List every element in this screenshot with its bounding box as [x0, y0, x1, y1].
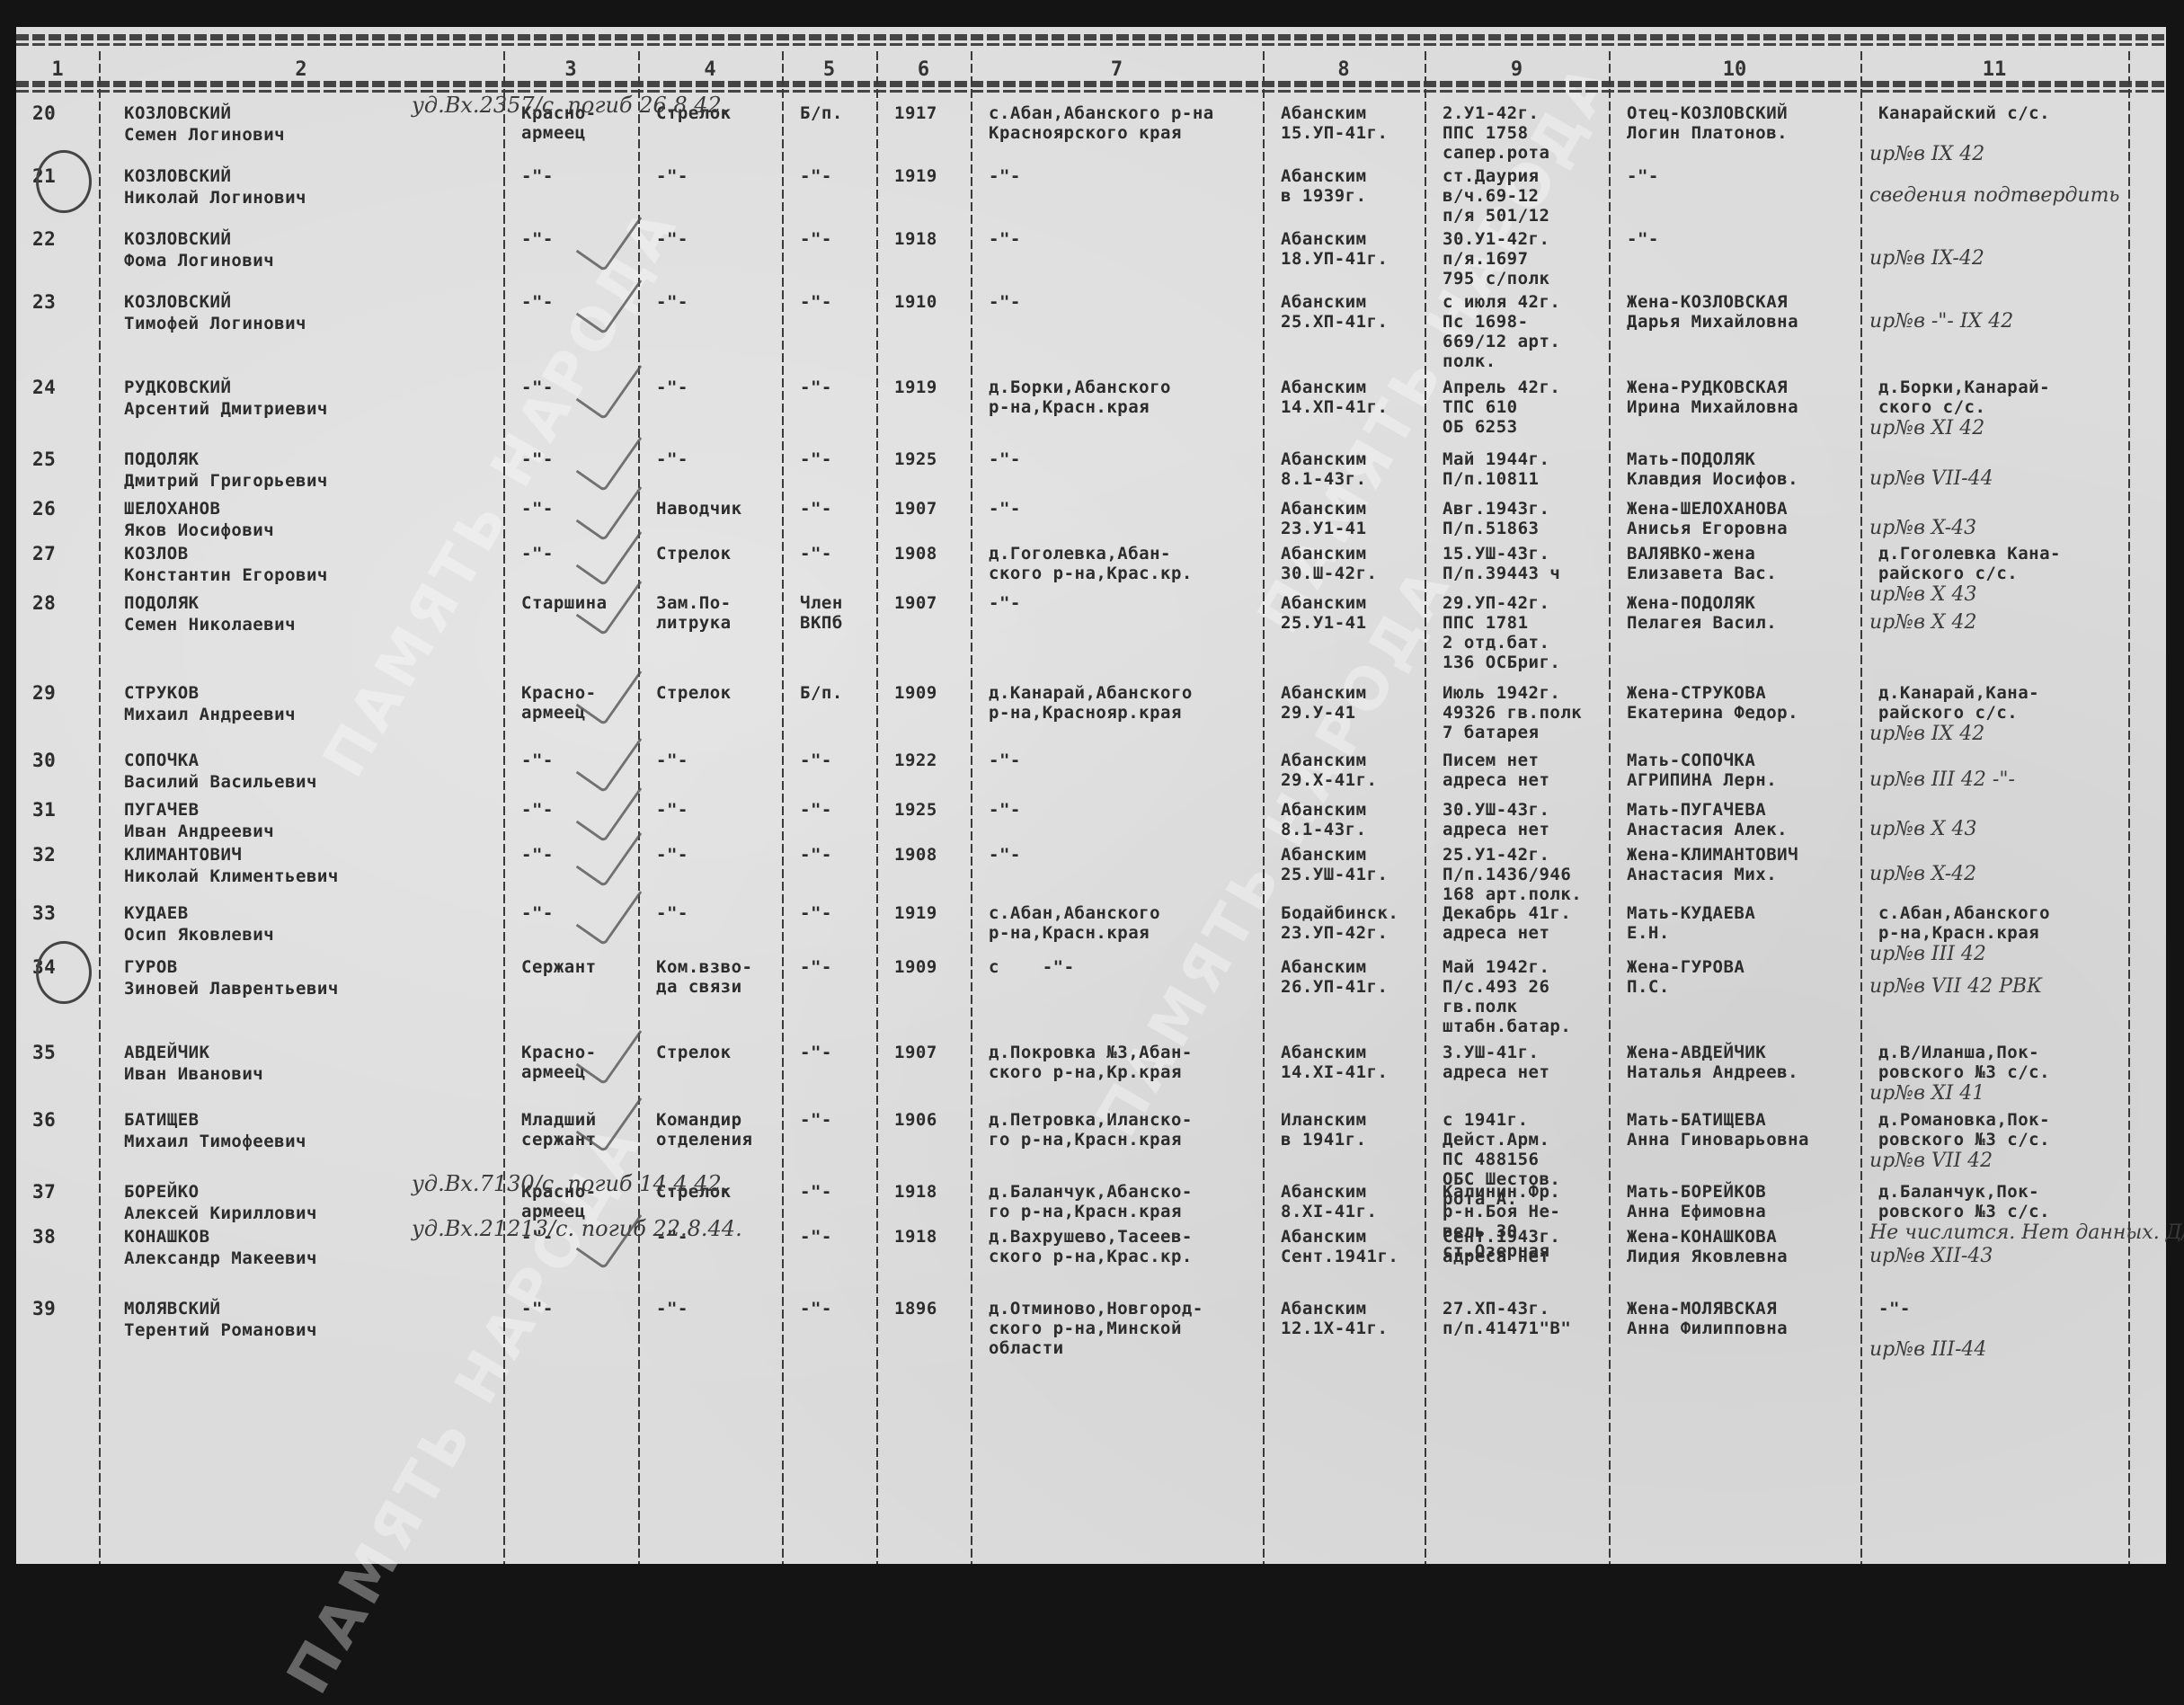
- given-name: Михаил Андреевич: [124, 705, 296, 724]
- last-letter: Писем нет адреса нет: [1443, 750, 1549, 790]
- check-mark-icon: [576, 198, 643, 271]
- position: -"-: [656, 750, 688, 770]
- party-status: -"-: [800, 845, 832, 865]
- birthplace: -"-: [989, 800, 1021, 820]
- last-letter: Май 1942г. П/с.493 26 гв.полк штабн.бата…: [1443, 957, 1571, 1036]
- given-name: Алексей Кириллович: [124, 1203, 317, 1223]
- given-name: Михаил Тимофеевич: [124, 1132, 306, 1151]
- kin-address: Канарайский с/с.: [1878, 103, 2050, 123]
- next-of-kin: Мать-СОПОЧКА АГРИПИНА Лерн.: [1627, 750, 1777, 790]
- birth-year: 1910: [894, 292, 937, 312]
- column-divider: [1860, 51, 1862, 1564]
- column-divider: [2128, 51, 2130, 1564]
- check-mark-icon: [576, 346, 643, 420]
- column-divider: [782, 51, 784, 1564]
- next-of-kin: Жена-СТРУКОВА Екатерина Федор.: [1627, 683, 1798, 723]
- rank: -"-: [521, 229, 554, 249]
- birth-year: 1909: [894, 683, 937, 703]
- next-of-kin: Мать-КУДАЕВА Е.Н.: [1627, 903, 1755, 943]
- handwritten-status-note: ир№в X 43: [1869, 583, 1977, 606]
- row-number: 23: [32, 292, 56, 312]
- row-number: 33: [32, 903, 56, 923]
- birthplace: -"-: [989, 593, 1021, 613]
- rank: -"-: [521, 800, 554, 820]
- birth-year: 1918: [894, 229, 937, 249]
- surname: АВДЕЙЧИК: [124, 1043, 210, 1062]
- party-status: Член ВКПб: [800, 593, 843, 633]
- surname: ШЕЛОХАНОВ: [124, 499, 220, 519]
- draft-office: Абанским в 1939г.: [1281, 166, 1367, 206]
- draft-office: Абанским 18.УП-41г.: [1281, 229, 1388, 269]
- row-number: 30: [32, 750, 56, 770]
- last-letter: Июль 1942г. 49326 гв.полк 7 батарея: [1443, 683, 1582, 742]
- party-status: -"-: [800, 166, 832, 186]
- birth-year: 1908: [894, 845, 937, 865]
- surname: БАТИЩЕВ: [124, 1110, 200, 1130]
- draft-office: Абанским 30.Ш-42г.: [1281, 544, 1377, 583]
- column-header: 6: [876, 58, 971, 81]
- birth-year: 1918: [894, 1182, 937, 1202]
- party-status: -"-: [800, 750, 832, 770]
- last-letter: Сент.1943г. адреса нет: [1443, 1227, 1560, 1266]
- kin-address: д.Канарай,Кана- райского с/с.: [1878, 683, 2039, 723]
- handwritten-death-note: уд.Вх.7130/с. погиб 14.4.42.: [412, 1171, 728, 1196]
- header-top-rule: [16, 34, 2166, 40]
- handwritten-status-note: ир№в -"- IX 42: [1869, 310, 2013, 333]
- handwritten-status-note: ир№в X-43: [1869, 517, 1976, 539]
- surname: МОЛЯВСКИЙ: [124, 1299, 220, 1319]
- birthplace: д.Канарай,Абанского р-на,Краснояр.края: [989, 683, 1193, 723]
- party-status: -"-: [800, 1182, 832, 1202]
- last-letter: Май 1944г. П/п.10811: [1443, 449, 1549, 489]
- last-letter: 15.УШ-43г. П/п.39443 ч: [1443, 544, 1560, 583]
- kin-address: д.Борки,Канарай- ского с/с.: [1878, 377, 2050, 417]
- birth-year: 1908: [894, 544, 937, 564]
- rank: -"-: [521, 903, 554, 923]
- next-of-kin: Жена-ГУРОВА П.С.: [1627, 957, 1745, 997]
- position: Стрелок: [656, 683, 732, 703]
- rank: -"-: [521, 449, 554, 469]
- surname: КОЗЛОВСКИЙ: [124, 103, 231, 123]
- draft-office: Иланским в 1941г.: [1281, 1110, 1367, 1150]
- position: -"-: [656, 449, 688, 469]
- draft-office: Бодайбинск. 23.УП-42г.: [1281, 903, 1398, 943]
- surname: СОПОЧКА: [124, 750, 200, 770]
- party-status: -"-: [800, 957, 832, 977]
- next-of-kin: Жена-ПОДОЛЯК Пелагея Васил.: [1627, 593, 1777, 633]
- party-status: -"-: [800, 499, 832, 519]
- birth-year: 1918: [894, 1227, 937, 1247]
- row-number: 29: [32, 683, 56, 703]
- next-of-kin: ВАЛЯВКО-жена Елизавета Вас.: [1627, 544, 1777, 583]
- column-header: 4: [638, 58, 782, 81]
- handwritten-status-note: ир№в III-44: [1869, 1338, 1986, 1361]
- next-of-kin: -"-: [1627, 229, 1659, 249]
- kin-address: д.Романовка,Пок- ровского №3 с/с.: [1878, 1110, 2050, 1150]
- given-name: Дмитрий Григорьевич: [124, 471, 328, 491]
- party-status: -"-: [800, 544, 832, 564]
- given-name: Арсентий Дмитриевич: [124, 399, 328, 419]
- draft-office: Абанским 25.УШ-41г.: [1281, 845, 1388, 884]
- column-divider: [503, 51, 505, 1564]
- column-header: 3: [503, 58, 638, 81]
- birth-year: 1925: [894, 800, 937, 820]
- surname: КОЗЛОВ: [124, 544, 189, 564]
- row-number: 28: [32, 593, 56, 613]
- row-number: 35: [32, 1043, 56, 1062]
- last-letter: 27.XП-43г. п/п.41471"В": [1443, 1299, 1571, 1338]
- draft-office: Абанским 29.У-41: [1281, 683, 1367, 723]
- birth-year: 1907: [894, 593, 937, 613]
- birthplace: -"-: [989, 449, 1021, 469]
- row-number: 32: [32, 845, 56, 865]
- draft-office: Абанским 8.1-43г.: [1281, 449, 1367, 489]
- column-header: 11: [1860, 58, 2128, 81]
- surname: КЛИМАНТОВИЧ: [124, 845, 242, 865]
- birthplace: -"-: [989, 229, 1021, 249]
- birth-year: 1919: [894, 166, 937, 186]
- birthplace: с -"-: [989, 957, 1075, 977]
- row-number: 37: [32, 1182, 56, 1202]
- next-of-kin: Мать-БОРЕЙКОВ Анна Ефимовна: [1627, 1182, 1766, 1221]
- given-name: Николай Логинович: [124, 188, 306, 208]
- draft-office: Абанским 12.1X-41г.: [1281, 1299, 1388, 1338]
- row-number: 22: [32, 229, 56, 249]
- position: -"-: [656, 800, 688, 820]
- position: Стрелок: [656, 1043, 732, 1062]
- party-status: -"-: [800, 1299, 832, 1319]
- draft-office: Абанским 25.XП-41г.: [1281, 292, 1388, 332]
- draft-office: Абанским 14.XП-41г.: [1281, 377, 1388, 417]
- handwritten-status-note: ир№в XII-43: [1869, 1245, 1993, 1267]
- check-mark-icon: [576, 261, 643, 334]
- rank: -"-: [521, 750, 554, 770]
- given-name: Константин Егорович: [124, 565, 328, 585]
- rank: -"-: [521, 845, 554, 865]
- handwritten-status-note: ир№в IX-42: [1869, 247, 1984, 270]
- column-header: 2: [99, 58, 503, 81]
- next-of-kin: Жена-КОЗЛОВСКАЯ Дарья Михайловна: [1627, 292, 1798, 332]
- surname: БОРЕЙКО: [124, 1182, 200, 1202]
- birthplace: -"-: [989, 499, 1021, 519]
- party-status: -"-: [800, 1227, 832, 1247]
- next-of-kin: Мать-ПОДОЛЯК Клавдия Иосифов.: [1627, 449, 1798, 489]
- birth-year: 1896: [894, 1299, 937, 1319]
- handwritten-status-note: ир№в III 42 -"-: [1869, 768, 2015, 791]
- given-name: Николай Климентьевич: [124, 866, 339, 886]
- handwritten-status-note: Не числится. Нет данных. Д/в уточн. свед…: [1869, 1221, 2184, 1244]
- rank: -"-: [521, 1299, 554, 1319]
- given-name: Тимофей Логинович: [124, 314, 306, 333]
- handwritten-status-note: ир№в X-42: [1869, 863, 1976, 885]
- position: Ком.взво- да связи: [656, 957, 752, 997]
- handwritten-status-note: ир№в IX 42: [1869, 723, 1984, 745]
- party-status: -"-: [800, 292, 832, 312]
- header-top-rule: [16, 43, 2166, 46]
- surname: КОЗЛОВСКИЙ: [124, 166, 231, 186]
- given-name: Семен Логинович: [124, 125, 285, 145]
- last-letter: 25.У1-42г. П/п.1436/946 168 арт.полк.: [1443, 845, 1582, 904]
- next-of-kin: Мать-ПУГАЧЕВА Анастасия Алек.: [1627, 800, 1788, 839]
- birth-year: 1909: [894, 957, 937, 977]
- rank: -"-: [521, 544, 554, 564]
- next-of-kin: Жена-РУДКОВСКАЯ Ирина Михайловна: [1627, 377, 1798, 417]
- birthplace: с.Абан,Абанского р-на,Красн.края: [989, 903, 1160, 943]
- rank: -"-: [521, 292, 554, 312]
- row-number: 25: [32, 449, 56, 469]
- given-name: Яков Иосифович: [124, 520, 274, 540]
- surname: КОЗЛОВСКИЙ: [124, 292, 231, 312]
- party-status: -"-: [800, 800, 832, 820]
- register-sheet: ПАМЯТЬ НАРОДА ПАМЯТЬ НАРОДА ПАМЯТЬ НАРОД…: [16, 27, 2166, 1564]
- draft-office: Абанским 23.У1-41: [1281, 499, 1367, 538]
- column-divider: [971, 51, 972, 1564]
- party-status: Б/п.: [800, 103, 843, 123]
- draft-office: Абанским 14.XI-41г.: [1281, 1043, 1388, 1082]
- position: -"-: [656, 845, 688, 865]
- draft-office: Абанским 8.XI-41г.: [1281, 1182, 1377, 1221]
- rank: Сержант: [521, 957, 597, 977]
- birth-year: 1917: [894, 103, 937, 123]
- handwritten-status-note: ир№в X 42: [1869, 611, 1977, 634]
- last-letter: 2.У1-42г. ППС 1758 сапер.рота: [1443, 103, 1549, 163]
- draft-office: Абанским 29.X-41г.: [1281, 750, 1377, 790]
- kin-address: д.В/Иланша,Пок- ровского №3 с/с.: [1878, 1043, 2050, 1082]
- birthplace: с.Абан,Абанского р-на Красноярского края: [989, 103, 1214, 143]
- draft-office: Абанским 26.УП-41г.: [1281, 957, 1388, 997]
- kin-address: с.Абан,Абанского р-на,Красн.края: [1878, 903, 2050, 943]
- column-header: 5: [782, 58, 876, 81]
- column-header: 10: [1609, 58, 1860, 81]
- position: -"-: [656, 166, 688, 186]
- kin-address: д.Баланчук,Пок- ровского №3 с/с.: [1878, 1182, 2050, 1221]
- position: -"-: [656, 229, 688, 249]
- birthplace: д.Гоголевка,Абан- ского р-на,Крас.кр.: [989, 544, 1193, 583]
- row-number: 24: [32, 377, 56, 397]
- draft-office: Абанским 25.У1-41: [1281, 593, 1367, 633]
- kin-address: -"-: [1878, 1299, 1911, 1319]
- surname: СТРУКОВ: [124, 683, 200, 703]
- given-name: Терентий Романович: [124, 1320, 317, 1340]
- party-status: -"-: [800, 1043, 832, 1062]
- header-bottom-rule: [16, 81, 2166, 87]
- rank: -"-: [521, 377, 554, 397]
- given-name: Осип Яковлевич: [124, 925, 274, 945]
- next-of-kin: Жена-АВДЕЙЧИК Наталья Андреев.: [1627, 1043, 1798, 1082]
- position: -"-: [656, 292, 688, 312]
- row-number: 39: [32, 1299, 56, 1319]
- last-letter: Апрель 42г. ТПС 610 ОБ 6253: [1443, 377, 1560, 437]
- handwritten-status-note: ир№в III 42: [1869, 943, 1986, 965]
- given-name: Зиновей Лаврентьевич: [124, 979, 339, 999]
- birth-year: 1922: [894, 750, 937, 770]
- party-status: -"-: [800, 903, 832, 923]
- position: Зам.По- литрука: [656, 593, 732, 633]
- last-letter: Авг.1943г. П/п.51863: [1443, 499, 1549, 538]
- handwritten-death-note: уд.Вх.21213/с. погиб 22.8.44.: [412, 1216, 742, 1241]
- handwritten-status-note: ир№в X 43: [1869, 818, 1977, 840]
- birthplace: д.Отминово,Новгород- ского р-на,Минской …: [989, 1299, 1203, 1358]
- birthplace: д.Петровка,Иланско- го р-на,Красн.края: [989, 1110, 1193, 1150]
- handwritten-death-note: уд.Вх.2357/с. погиб 26.8.42.: [412, 93, 728, 118]
- surname: КОНАШКОВ: [124, 1227, 210, 1247]
- row-number: 26: [32, 499, 56, 519]
- draft-office: Абанским 8.1-43г.: [1281, 800, 1367, 839]
- rank: -"-: [521, 166, 554, 186]
- given-name: Иван Андреевич: [124, 821, 274, 841]
- given-name: Семен Николаевич: [124, 615, 296, 635]
- next-of-kin: Жена-КОНАШКОВА Лидия Яковлевна: [1627, 1227, 1788, 1266]
- surname: ГУРОВ: [124, 957, 178, 977]
- birth-year: 1919: [894, 903, 937, 923]
- header-bottom-rule: [16, 90, 2166, 93]
- column-divider: [1425, 51, 1426, 1564]
- surname: КОЗЛОВСКИЙ: [124, 229, 231, 249]
- birthplace: -"-: [989, 166, 1021, 186]
- column-header: 1: [16, 58, 99, 81]
- birth-year: 1907: [894, 499, 937, 519]
- surname: ПОДОЛЯК: [124, 449, 200, 469]
- handwritten-status-note: сведения подтвердить: [1869, 184, 2119, 207]
- birth-year: 1906: [894, 1110, 937, 1130]
- column-header: 9: [1425, 58, 1609, 81]
- birth-year: 1907: [894, 1043, 937, 1062]
- position: Командир отделения: [656, 1110, 752, 1150]
- handwritten-status-note: ир№в XI 41: [1869, 1082, 1984, 1105]
- rank: -"-: [521, 499, 554, 519]
- next-of-kin: Жена-МОЛЯВСКАЯ Анна Филипповна: [1627, 1299, 1788, 1338]
- party-status: -"-: [800, 1110, 832, 1130]
- last-letter: 30.УШ-43г. адреса нет: [1443, 800, 1549, 839]
- birthplace: д.Вахрушево,Тасеев- ского р-на,Крас.кр.: [989, 1227, 1193, 1266]
- row-number: 27: [32, 544, 56, 564]
- handwritten-status-note: ир№в IX 42: [1869, 143, 1984, 165]
- next-of-kin: -"-: [1627, 166, 1659, 186]
- party-status: Б/п.: [800, 683, 843, 703]
- last-letter: 29.УП-42г. ППС 1781 2 отд.бат. 136 ОСБри…: [1443, 593, 1560, 672]
- row-number: 36: [32, 1110, 56, 1130]
- next-of-kin: Отец-КОЗЛОВСКИЙ Логин Платонов.: [1627, 103, 1788, 143]
- given-name: Фома Логинович: [124, 251, 274, 271]
- given-name: Василий Васильевич: [124, 772, 317, 792]
- row-number: 31: [32, 800, 56, 820]
- surname: КУДАЕВ: [124, 903, 189, 923]
- draft-office: Абанским Сент.1941г.: [1281, 1227, 1398, 1266]
- column-divider: [1609, 51, 1611, 1564]
- kin-address: д.Гоголевка Кана- райского с/с.: [1878, 544, 2061, 583]
- column-divider: [99, 51, 101, 1564]
- check-mark-icon: [576, 872, 643, 946]
- birthplace: -"-: [989, 750, 1021, 770]
- handwritten-status-note: ир№в VII 42 РВК: [1869, 975, 2042, 998]
- position: -"-: [656, 377, 688, 397]
- handwritten-status-note: ир№в XI 42: [1869, 417, 1984, 440]
- given-name: Иван Иванович: [124, 1064, 263, 1084]
- party-status: -"-: [800, 229, 832, 249]
- last-letter: ст.Даурия в/ч.69-12 п/я 501/12: [1443, 166, 1549, 226]
- position: Наводчик: [656, 499, 742, 519]
- row-number: 20: [32, 103, 56, 123]
- column-divider: [876, 51, 878, 1564]
- last-letter: Декабрь 41г. адреса нет: [1443, 903, 1571, 943]
- handwritten-status-note: ир№в VII-44: [1869, 467, 1993, 490]
- circled-number-mark: [36, 941, 92, 1004]
- last-letter: 30.У1-42г. п/я.1697 795 с/полк: [1443, 229, 1549, 289]
- last-letter: 3.УШ-41г. адреса нет: [1443, 1043, 1549, 1082]
- surname: ПОДОЛЯК: [124, 593, 200, 613]
- birthplace: д.Баланчук,Абанско- го р-на,Красн.края: [989, 1182, 1193, 1221]
- position: Стрелок: [656, 544, 732, 564]
- column-header: 7: [971, 58, 1263, 81]
- circled-number-mark: [36, 150, 92, 213]
- birthplace: -"-: [989, 845, 1021, 865]
- row-number: 38: [32, 1227, 56, 1247]
- party-status: -"-: [800, 449, 832, 469]
- column-divider: [1263, 51, 1265, 1564]
- birthplace: -"-: [989, 292, 1021, 312]
- position: -"-: [656, 1299, 688, 1319]
- next-of-kin: Жена-КЛИМАНТОВИЧ Анастасия Мих.: [1627, 845, 1798, 884]
- last-letter: с июля 42г. Пс 1698- 669/12 арт. полк.: [1443, 292, 1560, 371]
- handwritten-status-note: ир№в VII 42: [1869, 1150, 1993, 1172]
- given-name: Александр Макеевич: [124, 1248, 317, 1268]
- birth-year: 1919: [894, 377, 937, 397]
- draft-office: Абанским 15.УП-41г.: [1281, 103, 1388, 143]
- next-of-kin: Жена-ШЕЛОХАНОВА Анисья Егоровна: [1627, 499, 1788, 538]
- birthplace: д.Покровка №3,Абан- ского р-на,Кр.края: [989, 1043, 1193, 1082]
- next-of-kin: Мать-БАТИЩЕВА Анна Гиноварьовна: [1627, 1110, 1809, 1150]
- birth-year: 1925: [894, 449, 937, 469]
- surname: ПУГАЧЕВ: [124, 800, 200, 820]
- birthplace: д.Борки,Абанского р-на,Красн.края: [989, 377, 1171, 417]
- position: -"-: [656, 903, 688, 923]
- surname: РУДКОВСКИЙ: [124, 377, 231, 397]
- party-status: -"-: [800, 377, 832, 397]
- column-header: 8: [1263, 58, 1425, 81]
